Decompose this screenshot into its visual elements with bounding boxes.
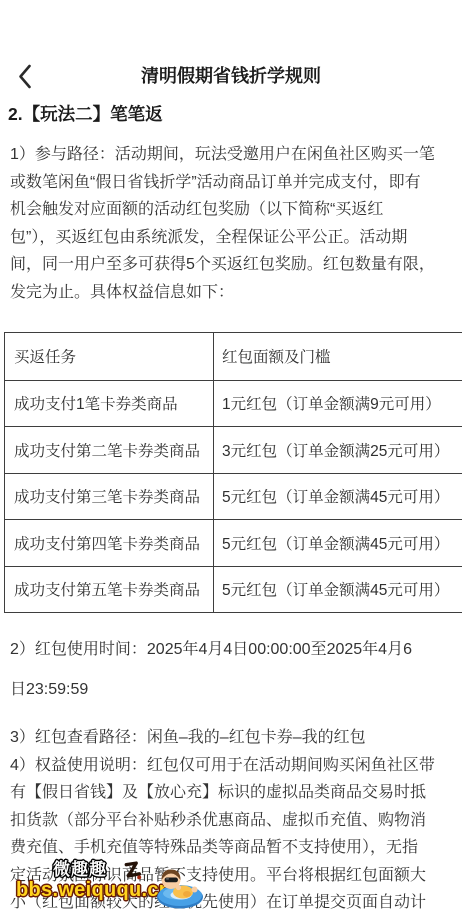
section-heading: 2.【玩法二】笔笔返 — [8, 101, 163, 127]
table-cell-task: 成功支付第五笔卡券类商品 — [5, 567, 214, 613]
table-row: 成功支付第二笔卡券类商品 3元红包（订单金额满25元可用） — [5, 427, 462, 474]
rule-paragraph-participation: 1）参与路径：活动期间，玩法受邀用户在闲鱼社区购买一笔 或数笔闲鱼“假日省钱折学… — [10, 141, 458, 306]
table-cell-reward: 5元红包（订单金额满45元可用） — [214, 520, 462, 566]
baby-swim-ring-icon — [154, 865, 206, 910]
table-row: 成功支付第五笔卡券类商品 5元红包（订单金额满45元可用） — [5, 567, 462, 614]
table-cell-task: 成功支付第四笔卡券类商品 — [5, 520, 214, 566]
table-row: 成功支付1笔卡券类商品 1元红包（订单金额满9元可用） — [5, 381, 462, 428]
table-row: 成功支付第三笔卡券类商品 5元红包（订单金额满45元可用） — [5, 474, 462, 521]
table-cell-reward: 3元红包（订单金额满25元可用） — [214, 427, 462, 473]
page-title: 清明假期省钱折学规则 — [0, 62, 462, 90]
table-cell-reward: 5元红包（订单金额满45元可用） — [214, 474, 462, 520]
rules-page: 清明假期省钱折学规则 2.【玩法二】笔笔返 1）参与路径：活动期间，玩法受邀用户… — [0, 0, 462, 920]
table-header-row: 买返任务 红包面额及门槛 — [5, 333, 462, 381]
table-cell-task: 成功支付第三笔卡券类商品 — [5, 474, 214, 520]
table-cell-reward: 5元红包（订单金额满45元可用） — [214, 567, 462, 613]
watermark-scribble-icon — [123, 860, 143, 882]
table-cell-task: 成功支付1笔卡券类商品 — [5, 381, 214, 427]
table-header-reward: 红包面额及门槛 — [214, 333, 462, 380]
table-cell-reward: 1元红包（订单金额满9元可用） — [214, 381, 462, 427]
watermark-site-name: 微趣趣 — [53, 855, 107, 880]
header-bar: 清明假期省钱折学规则 — [0, 62, 462, 92]
rule-paragraph-usage-time: 2）红包使用时间：2025年4月4日00:00:00至2025年4月6 日23:… — [10, 630, 458, 710]
watermark-site-url: bbs.weiququ.cn — [16, 879, 171, 902]
table-cell-task: 成功支付第二笔卡券类商品 — [5, 427, 214, 473]
rule-paragraph-view-path: 3）红包查看路径：闲鱼–我的–红包卡券–我的红包 — [10, 724, 458, 752]
benefit-table: 买返任务 红包面额及门槛 成功支付1笔卡券类商品 1元红包（订单金额满9元可用）… — [4, 332, 462, 613]
table-header-task: 买返任务 — [5, 333, 214, 380]
table-row: 成功支付第四笔卡券类商品 5元红包（订单金额满45元可用） — [5, 520, 462, 567]
